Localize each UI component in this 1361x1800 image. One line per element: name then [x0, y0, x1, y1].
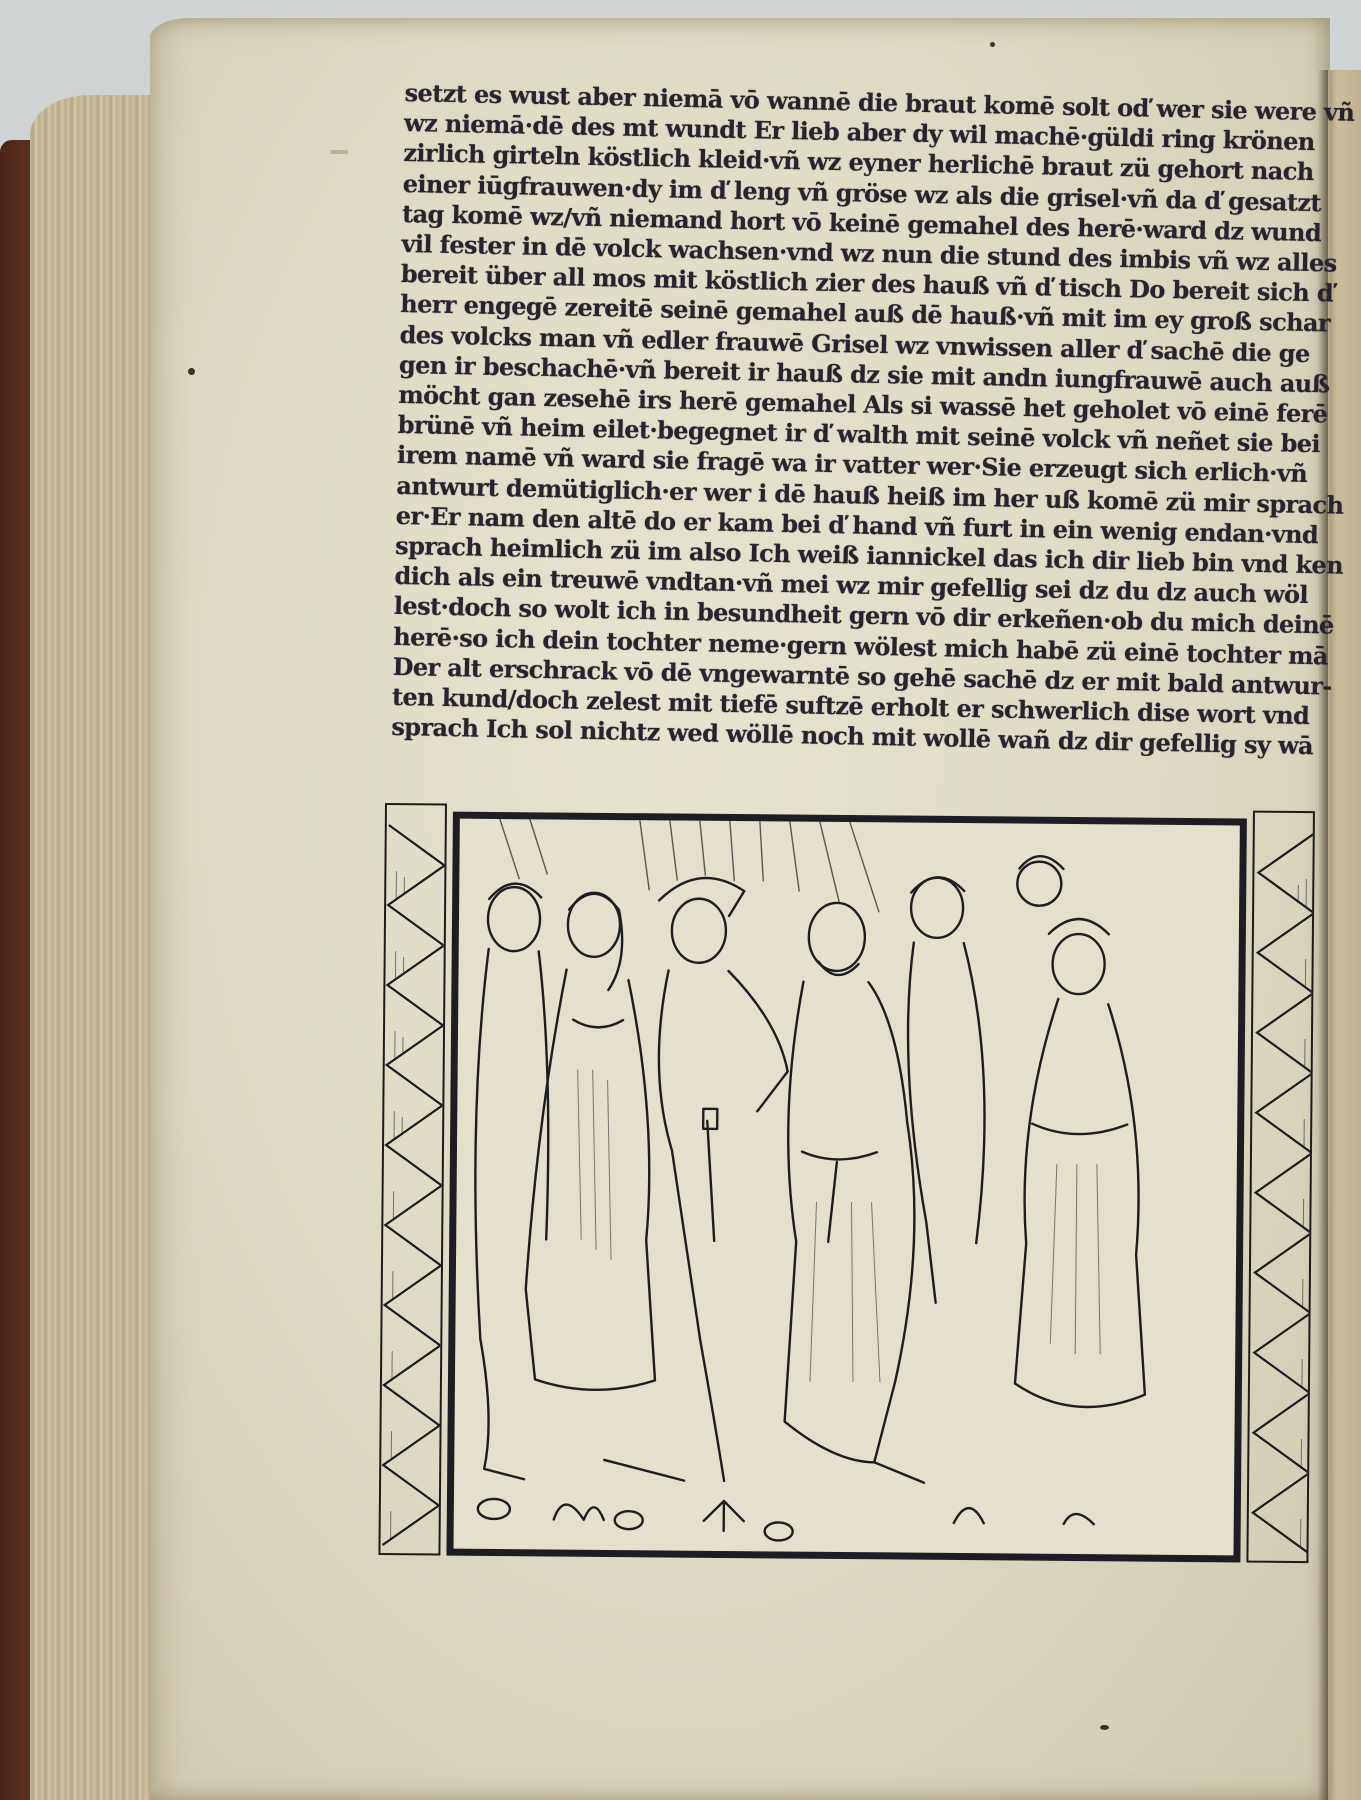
paper-speck: [188, 368, 195, 375]
triangle-border-right: [1246, 811, 1315, 1564]
facing-page-edge: [1325, 70, 1361, 1800]
paper-stain: [330, 150, 348, 154]
triangle-border-left: [378, 803, 447, 1556]
printed-text-block: setzt es wust aber niemā vō wannē die br…: [391, 78, 1325, 762]
paper-speck: [1100, 1725, 1109, 1730]
woodcut-scene: [446, 812, 1246, 1563]
triangle-pattern-icon: [380, 805, 447, 1555]
figures-group-icon: [453, 819, 1239, 1563]
paper-speck: [990, 42, 995, 47]
woodcut-illustration: [378, 803, 1315, 1563]
triangle-pattern-icon: [1248, 813, 1315, 1563]
